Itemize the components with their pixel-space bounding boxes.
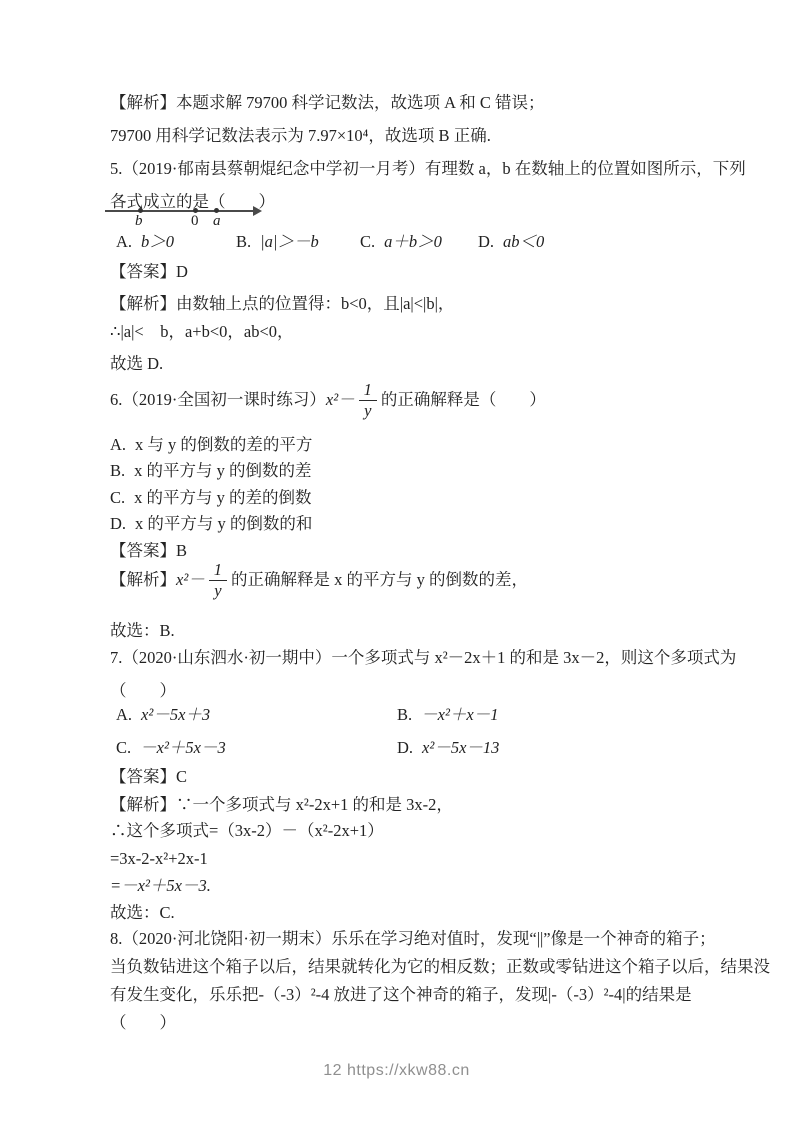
q6-option-c-value: x 的平方与 y 的差的倒数 <box>134 488 311 507</box>
q6-option-a-label: A. <box>110 434 126 456</box>
q6-stem-suffix: 的正确解释是（ ） <box>381 389 546 411</box>
q5-option-d-label: D. <box>478 231 494 253</box>
q6-option-b-value: x 的平方与 y 的倒数的差 <box>134 461 311 480</box>
q5-option-b: B.|a|＞－b <box>236 231 360 253</box>
q7-option-a-value: x²－5x＋3 <box>141 705 210 724</box>
q6-option-b-label: B. <box>110 460 125 482</box>
q7-option-c: C.－x²＋5x－3 <box>110 737 397 759</box>
origin-label: 0 <box>191 212 199 230</box>
q7-analysis-line1: 【解析】∵一个多项式与 x²-2x+1 的和是 3x-2， <box>110 794 698 816</box>
q6-option-c-label: C. <box>110 487 125 509</box>
q5-answer-label: 【答案】 <box>110 262 176 281</box>
q5-answer-value: D <box>176 262 188 281</box>
q5-option-d-value: ab＜0 <box>503 232 544 251</box>
q5-analysis-line3: 故选 D. <box>110 353 698 375</box>
q7-options-row2: C.－x²＋5x－3 D.x²－5x－13 <box>110 737 698 759</box>
q5-analysis-line1: 【解析】由数轴上点的位置得：b<0，且|a|<|b|， <box>110 293 698 315</box>
number-line-figure: b 0 a <box>105 202 265 230</box>
footer-url: https://xkw88.cn <box>347 1062 470 1079</box>
q6-option-d-value: x 的平方与 y 的倒数的和 <box>135 514 312 533</box>
fraction-numerator: 1 <box>209 560 227 581</box>
q5-option-c: C.a＋b＞0 <box>360 231 478 253</box>
q7-conclusion-line: 故选：C. <box>110 902 698 924</box>
q5-answer-line: 【答案】D <box>110 261 698 283</box>
page-footer: 12 https://xkw88.cn <box>0 1062 793 1080</box>
q7-option-b-value: －x²＋x－1 <box>421 705 498 724</box>
q7-option-d-value: x²－5x－13 <box>422 738 499 757</box>
q7-option-b: B.－x²＋x－1 <box>397 704 498 726</box>
page-number: 12 <box>323 1062 342 1079</box>
q7-option-a-label: A. <box>116 704 132 726</box>
q7-analysis-line4: =－x²＋5x－3. <box>110 875 698 897</box>
q7-option-c-value: －x²＋5x－3 <box>140 738 226 757</box>
q5-options-row: A.b＞0 B.|a|＞－b C.a＋b＞0 D.ab＜0 <box>110 231 698 253</box>
q5-option-d: D.ab＜0 <box>478 231 544 253</box>
fraction-denominator: y <box>359 401 376 421</box>
fraction-1-over-y: 1y <box>359 380 377 421</box>
q7-option-d-label: D. <box>397 737 413 759</box>
q6-option-d: D.x 的平方与 y 的倒数的和 <box>110 513 698 535</box>
q8-stem-line4: （ ） <box>110 1012 698 1034</box>
q5-option-c-label: C. <box>360 231 375 253</box>
q6-option-a: A.x 与 y 的倒数的差的平方 <box>110 434 698 456</box>
q7-analysis-line3: =3x-2-x²+2x-1 <box>110 848 698 870</box>
fraction-denominator: y <box>209 581 226 601</box>
q7-answer-value: C <box>176 767 187 786</box>
point-b-label: b <box>135 212 143 230</box>
q6-analysis-prefix: 【解析】 <box>110 569 176 591</box>
q8-stem-line2: 当负数钻进这个箱子以后，结果就转化为它的相反数；正数或零钻进这个箱子以后，结果没 <box>110 956 698 978</box>
q7-option-a: A.x²－5x＋3 <box>110 704 397 726</box>
q6-conclusion-line: 故选：B. <box>110 620 698 642</box>
q6-stem-math: x²－ <box>326 389 355 411</box>
q5-option-b-value: |a|＞－b <box>260 232 319 251</box>
q4-solution-line2: 79700 用科学记数法表示为 7.97×10⁴，故选项 B 正确. <box>110 125 698 147</box>
q5-analysis-line2: ∴|a|< b，a+b<0，ab<0， <box>110 321 698 343</box>
q7-option-b-label: B. <box>397 704 412 726</box>
q5-option-a-value: b＞0 <box>141 232 174 251</box>
q8-stem-line3: 有发生变化，乐乐把-（-3）²-4 放进了这个神奇的箱子，发现|-（-3）²-4… <box>110 984 698 1006</box>
q8-stem-line1: 8.（2020·河北饶阳·初一期末）乐乐在学习绝对值时，发现“||”像是一个神奇… <box>110 928 698 950</box>
q6-option-c: C.x 的平方与 y 的差的倒数 <box>110 487 698 509</box>
fraction-numerator: 1 <box>359 380 377 401</box>
q6-analysis-line: 【解析】x²－1y的正确解释是 x 的平方与 y 的倒数的差， <box>110 558 698 602</box>
fraction-1-over-y: 1y <box>209 560 227 601</box>
q7-analysis-line2: ∴这个多项式=（3x-2）－（x²-2x+1） <box>110 820 698 842</box>
q6-option-a-value: x 与 y 的倒数的差的平方 <box>135 435 312 454</box>
number-line-axis <box>105 210 255 212</box>
q7-answer-line: 【答案】C <box>110 766 698 788</box>
q7-stem-line2: （ ） <box>110 680 698 702</box>
q7-option-c-label: C. <box>116 737 131 759</box>
q5-option-c-value: a＋b＞0 <box>384 232 442 251</box>
q7-options-row1: A.x²－5x＋3 B.－x²＋x－1 <box>110 704 698 726</box>
number-line-arrow-icon <box>253 206 262 216</box>
q5-option-a: A.b＞0 <box>116 231 236 253</box>
q7-stem-line1: 7.（2020·山东泗水·初一期中）一个多项式与 x²－2x＋1 的和是 3x－… <box>110 647 698 669</box>
q6-analysis-suffix: 的正确解释是 x 的平方与 y 的倒数的差， <box>231 569 528 591</box>
q5-stem-line1: 5.（2019·郁南县蔡朝焜纪念中学初一月考）有理数 a，b 在数轴上的位置如图… <box>110 158 698 180</box>
q6-option-d-label: D. <box>110 513 126 535</box>
q6-option-b: B.x 的平方与 y 的倒数的差 <box>110 460 698 482</box>
q6-analysis-math: x²－ <box>176 569 205 591</box>
q7-answer-label: 【答案】 <box>110 767 176 786</box>
worksheet-page: 【解析】本题求解 79700 科学记数法，故选项 A 和 C 错误； 79700… <box>0 0 793 1122</box>
point-a-label: a <box>213 212 221 230</box>
q7-option-d: D.x²－5x－13 <box>397 737 499 759</box>
q5-option-a-label: A. <box>116 231 132 253</box>
q6-stem-prefix: 6.（2019·全国初一课时练习） <box>110 389 326 411</box>
q4-solution-line1: 【解析】本题求解 79700 科学记数法，故选项 A 和 C 错误； <box>110 92 698 114</box>
q6-stem-line: 6.（2019·全国初一课时练习）x²－1y的正确解释是（ ） <box>110 378 698 422</box>
q5-option-b-label: B. <box>236 231 251 253</box>
